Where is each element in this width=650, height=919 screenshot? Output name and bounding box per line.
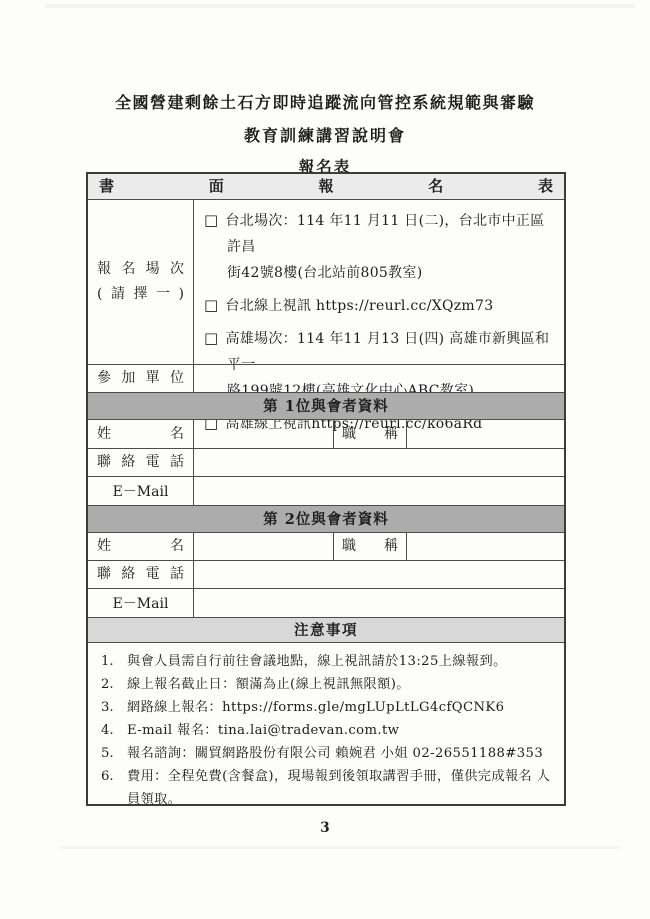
scan-artifact-top	[45, 4, 635, 8]
attendee1-email-label-cell: E－Mail	[88, 477, 194, 505]
attendee1-email-field[interactable]	[194, 477, 564, 505]
notice-item-number: 3.	[98, 696, 127, 719]
attendee1-phone-label-cell: 聯絡電話	[88, 449, 194, 476]
attendee1-title-field[interactable]	[407, 420, 564, 448]
option-text: 台北場次：114 年11 月11 日(二)，台北市中正區許昌	[225, 213, 544, 255]
notice-item-1: 1. 與會人員需自行前往會議地點，線上視訊請於13:25上線報到。	[98, 650, 552, 673]
page-number: 3	[0, 820, 650, 836]
attendee2-title-field[interactable]	[407, 533, 564, 560]
unit-label: 參加單位	[97, 366, 184, 391]
table-header-row: 書面報名表	[88, 174, 564, 199]
notice-item-text: 與會人員需自行前往會議地點，線上視訊請於13:25上線報到。	[127, 650, 552, 673]
notice-item-text: 線上報名截止日：額滿為止(線上視訊無限額)。	[127, 673, 552, 696]
unit-value-field[interactable]	[194, 365, 564, 392]
notice-item-number: 1.	[98, 650, 127, 673]
attendee2-phone-row: 聯絡電話	[88, 560, 564, 588]
attendee2-section-header: 第 2位與會者資料	[88, 505, 564, 532]
notice-list: 1. 與會人員需自行前往會議地點，線上視訊請於13:25上線報到。 2. 線上報…	[88, 642, 564, 811]
unit-label-cell: 參加單位	[88, 365, 194, 392]
attendee1-email-row: E－Mail	[88, 476, 564, 505]
notice-section-header: 注意事項	[88, 617, 564, 642]
name-label: 姓名	[97, 422, 184, 447]
attendee1-name-row: 姓名 職稱	[88, 419, 564, 448]
unit-row: 參加單位	[88, 364, 564, 392]
attendee1-phone-field[interactable]	[194, 449, 564, 476]
session-label-line1: 報名場次	[97, 257, 184, 282]
notice-item-number: 4.	[98, 719, 127, 742]
name-label: 姓名	[97, 534, 184, 559]
session-option-taipei[interactable]: □台北場次：114 年11 月11 日(二)，台北市中正區許昌 街42號8樓(台…	[204, 207, 556, 286]
attendee2-email-row: E－Mail	[88, 588, 564, 617]
attendee1-name-field[interactable]	[194, 420, 334, 448]
session-label-line2: (請擇一)	[97, 282, 184, 307]
registration-table: 書面報名表 報名場次 (請擇一) □台北場次：114 年11 月11 日(二)，…	[86, 172, 566, 806]
notice-item-6: 6. 費用：全程免費(含餐盒)，現場報到後領取講習手冊，僅供完成報名 人員領取。	[98, 765, 552, 811]
notice-item-number: 6.	[98, 765, 127, 811]
session-row: 報名場次 (請擇一) □台北場次：114 年11 月11 日(二)，台北市中正區…	[88, 199, 564, 364]
session-options: □台北場次：114 年11 月11 日(二)，台北市中正區許昌 街42號8樓(台…	[194, 200, 564, 364]
document-title-line2: 教育訓練講習說明會	[0, 123, 650, 146]
notice-item-4: 4. E-mail 報名：tina.lai@tradevan.com.tw	[98, 719, 552, 742]
notice-item-text: 網路線上報名：https://forms.gle/mgLUpLtLG4cfQCN…	[127, 696, 552, 719]
scan-artifact-bottom	[60, 846, 620, 849]
phone-label: 聯絡電話	[97, 450, 184, 475]
option-line: □台北場次：114 年11 月11 日(二)，台北市中正區許昌	[204, 207, 556, 260]
checkbox-icon[interactable]: □	[204, 211, 218, 229]
notice-item-number: 2.	[98, 673, 127, 696]
option-text-continued: 街42號8樓(台北站前805教室)	[204, 260, 556, 286]
document-title: 全國營建剩餘土石方即時追蹤流向管控系統規範與審驗 教育訓練講習說明會 報名表	[0, 90, 650, 177]
email-label: E－Mail	[97, 481, 184, 501]
notice-item-text: E-mail 報名：tina.lai@tradevan.com.tw	[127, 719, 552, 742]
document-title-line1: 全國營建剩餘土石方即時追蹤流向管控系統規範與審驗	[0, 90, 650, 113]
attendee2-phone-label-cell: 聯絡電話	[88, 561, 194, 588]
attendee2-name-field[interactable]	[194, 533, 334, 560]
attendee2-phone-field[interactable]	[194, 561, 564, 588]
attendee1-name-label-cell: 姓名	[88, 420, 194, 448]
title-label: 職稱	[342, 534, 398, 559]
title-label: 職稱	[342, 422, 398, 447]
notice-item-text: 報名諮詢：關貿網路股份有限公司 賴婉君 小姐 02-26551188#353	[127, 742, 552, 765]
attendee1-section-header: 第 1位與會者資料	[88, 392, 564, 419]
session-option-taipei-online[interactable]: □台北線上視訊 https://reurl.cc/XQzm73	[204, 292, 556, 319]
attendee2-email-label-cell: E－Mail	[88, 589, 194, 617]
registration-form-page: 全國營建剩餘土石方即時追蹤流向管控系統規範與審驗 教育訓練講習說明會 報名表 書…	[0, 0, 650, 919]
phone-label: 聯絡電話	[97, 562, 184, 587]
notice-item-3: 3. 網路線上報名：https://forms.gle/mgLUpLtLG4cf…	[98, 696, 552, 719]
attendee1-phone-row: 聯絡電話	[88, 448, 564, 476]
notice-item-number: 5.	[98, 742, 127, 765]
checkbox-icon[interactable]: □	[204, 329, 218, 347]
notice-item-5: 5. 報名諮詢：關貿網路股份有限公司 賴婉君 小姐 02-26551188#35…	[98, 742, 552, 765]
attendee2-email-field[interactable]	[194, 589, 564, 617]
notice-item-2: 2. 線上報名截止日：額滿為止(線上視訊無限額)。	[98, 673, 552, 696]
attendee1-title-label-cell: 職稱	[334, 420, 407, 448]
notice-item-text: 費用：全程免費(含餐盒)，現場報到後領取講習手冊，僅供完成報名 人員領取。	[127, 765, 552, 811]
attendee2-name-label-cell: 姓名	[88, 533, 194, 560]
checkbox-icon[interactable]: □	[204, 296, 218, 314]
session-label-cell: 報名場次 (請擇一)	[88, 200, 194, 364]
attendee2-title-label-cell: 職稱	[334, 533, 407, 560]
email-label: E－Mail	[97, 593, 184, 613]
option-text: 台北線上視訊 https://reurl.cc/XQzm73	[225, 298, 493, 314]
option-line: □台北線上視訊 https://reurl.cc/XQzm73	[204, 292, 556, 319]
attendee2-name-row: 姓名 職稱	[88, 532, 564, 560]
